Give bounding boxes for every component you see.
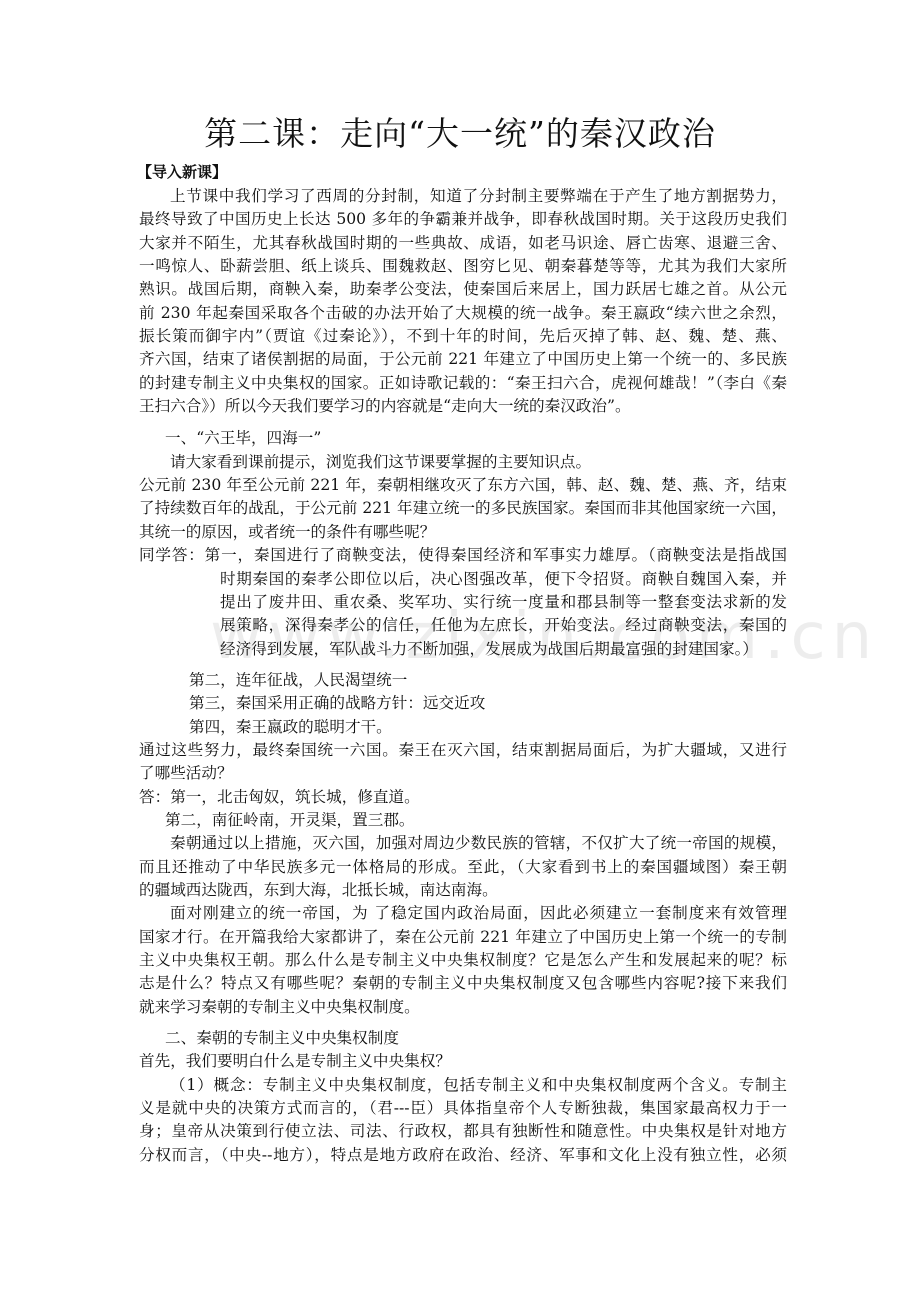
text-line: （1）概念：专制主义中央集权制度，包括专制主义和中央集权制度两个含义。专制主 <box>139 1074 787 1097</box>
text-line: 主义中央集权王朝。那么什么是专制主义中央集权制度？它是怎么产生和发展起来的呢？标 <box>139 949 787 972</box>
followup-paragraph: 通过这些努力，最终秦国统一六国。秦王在灭六国，结束割据局面后，为扩大疆域，又进行… <box>139 739 787 786</box>
answer-items: 第二，连年征战，人民渴望统一 第三，秦国采用正确的战略方针：远交近攻 第四，秦王… <box>139 669 787 739</box>
text-line: 其统一的原因，或者统一的条件有哪些呢？ <box>139 521 787 544</box>
text-line: 最终导致了中国历史上长达 500 多年的争霸兼并战争，即春秋战国时期。关于这段历… <box>139 208 787 231</box>
text-line: 了哪些活动？ <box>139 762 787 785</box>
text-line: 而且还推动了中华民族多元一体格局的形成。至此，（大家看到书上的秦国疆域图）秦王朝 <box>139 856 787 879</box>
section-heading-2: 二、秦朝的专制主义中央集权制度 <box>139 1027 787 1050</box>
text-line: 提出了废井田、重农桑、奖军功、实行统一度量和郡县制等一整套变法求新的发 <box>139 591 787 614</box>
text-line: 大家并不陌生，尤其春秋战国时期的一些典故、成语，如老马识途、唇亡齿寒、退避三舍、 <box>139 232 787 255</box>
text-line: 齐六国，结束了诸侯割据的局面，于公元前 221 年建立了中国历史上第一个统一的、… <box>139 348 787 371</box>
answer2-first: 答：第一，北击匈奴，筑长城，修直道。 <box>139 786 787 809</box>
summary-paragraph: 秦朝通过以上措施，灭六国，加强对周边少数民族的管辖，不仅扩大了统一帝国的规模， … <box>139 832 787 902</box>
text-line: 通过这些努力，最终秦国统一六国。秦王在灭六国，结束割据局面后，为扩大疆域，又进行 <box>139 739 787 762</box>
transition-paragraph: 面对刚建立的统一帝国，为 了稳定国内政治局面，因此必须建立一套制度来有效管理 国… <box>139 902 787 1019</box>
prompt-text: 请大家看到课前提示，浏览我们这节课要掌握的主要知识点。 <box>139 451 787 474</box>
text-line: 身；皇帝从决策到行使立法、司法、行政权，都具有独断性和随意性。中央集权是针对地方 <box>139 1120 787 1143</box>
concept-paragraph: （1）概念：专制主义中央集权制度，包括专制主义和中央集权制度两个含义。专制主 义… <box>139 1074 787 1167</box>
document-body: 上节课中我们学习了西周的分封制，知道了分封制主要弊端在于产生了地方割据势力， 最… <box>139 185 787 1167</box>
page-title: 第二课：走向“大一统”的秦汉政治 <box>0 110 920 158</box>
text-line: 国家才行。在开篇我给大家都讲了，秦在公元前 221 年建立了中国历史上第一个统一… <box>139 926 787 949</box>
text-line: 王扫六合》）所以今天我们要学习的内容就是“走向大一统的秦汉政治”。 <box>139 395 787 418</box>
text-line: 上节课中我们学习了西周的分封制，知道了分封制主要弊端在于产生了地方割据势力， <box>139 185 787 208</box>
answer-paragraph: 同学答：第一，秦国进行了商鞅变法，使得秦国经济和军事实力雄厚。（商鞅变法是指战国… <box>139 544 787 661</box>
text-line: 义是就中央的决策方式而言的，（君---臣）具体指皇帝个人专断独裁，集国家最高权力… <box>139 1097 787 1120</box>
list-item: 第三，秦国采用正确的战略方针：远交近攻 <box>139 692 787 715</box>
question-paragraph: 公元前 230 年至公元前 221 年，秦朝相继攻灭了东方六国，韩、赵、魏、楚、… <box>139 474 787 544</box>
text-line: 志是什么？特点又有哪些呢？秦朝的专制主义中央集权制度又包含哪些内容呢?接下来我们 <box>139 972 787 995</box>
text-line: 分权而言，（中央--地方），特点是地方政府在政治、经济、军事和文化上没有独立性，… <box>139 1144 787 1167</box>
document-page: www.zixin.com.cn 第二课：走向“大一统”的秦汉政治 【导入新课】… <box>0 0 920 1302</box>
list-item: 第二，连年征战，人民渴望统一 <box>139 669 787 692</box>
text-line: 秦朝通过以上措施，灭六国，加强对周边少数民族的管辖，不仅扩大了统一帝国的规模， <box>139 832 787 855</box>
text-line: 同学答：第一，秦国进行了商鞅变法，使得秦国经济和军事实力雄厚。（商鞅变法是指战国 <box>139 544 787 567</box>
text-line: 经济得到发展，军队战斗力不断加强，发展成为战国后期最富强的封建国家。） <box>139 638 787 661</box>
text-line: 一鸣惊人、卧薪尝胆、纸上谈兵、围魏救赵、图穷匕见、朝秦暮楚等等，尤其为我们大家所 <box>139 255 787 278</box>
text-line: 公元前 230 年至公元前 221 年，秦朝相继攻灭了东方六国，韩、赵、魏、楚、… <box>139 474 787 497</box>
answer2-second: 第二，南征岭南，开灵渠，置三郡。 <box>139 809 787 832</box>
section-label-intro: 【导入新课】 <box>137 162 227 182</box>
question-text: 首先，我们要明白什么是专制主义中央集权？ <box>139 1050 787 1073</box>
text-line: 前 230 年起秦国采取各个击破的办法开始了大规模的统一战争。秦王嬴政“续六世之… <box>139 302 787 325</box>
section-heading-1: 一、“六王毕，四海一” <box>139 427 787 450</box>
text-line: 了持续数百年的战乱，于公元前 221 年建立统一的多民族国家。秦国而非其他国家统… <box>139 497 787 520</box>
text-line: 时期秦国的秦孝公即位以后，决心图强改革，便下令招贤。商鞅自魏国入秦，并 <box>139 568 787 591</box>
text-line: 熟识。战国后期，商鞅入秦，助秦孝公变法，使秦国后来居上，国力跃居七雄之首。从公元 <box>139 278 787 301</box>
text-line: 的封建专制主义中央集权的国家。正如诗歌记载的：“秦王扫六合，虎视何雄哉！”（李白… <box>139 372 787 395</box>
text-line: 就来学习秦朝的专制主义中央集权制度。 <box>139 996 787 1019</box>
text-line: 面对刚建立的统一帝国，为 了稳定国内政治局面，因此必须建立一套制度来有效管理 <box>139 902 787 925</box>
intro-paragraph: 上节课中我们学习了西周的分封制，知道了分封制主要弊端在于产生了地方割据势力， 最… <box>139 185 787 418</box>
text-line: 振长策而御宇内”（贾谊《过秦论》），不到十年的时间，先后灭掉了韩、赵、魏、楚、燕… <box>139 325 787 348</box>
list-item: 第四，秦王嬴政的聪明才干。 <box>139 716 787 739</box>
text-line: 的疆域西达陇西，东到大海，北抵长城，南达南海。 <box>139 879 787 902</box>
text-line: 展策略，深得秦孝公的信任，任他为左庶长，开始变法。经过商鞅变法，秦国的 <box>139 614 787 637</box>
